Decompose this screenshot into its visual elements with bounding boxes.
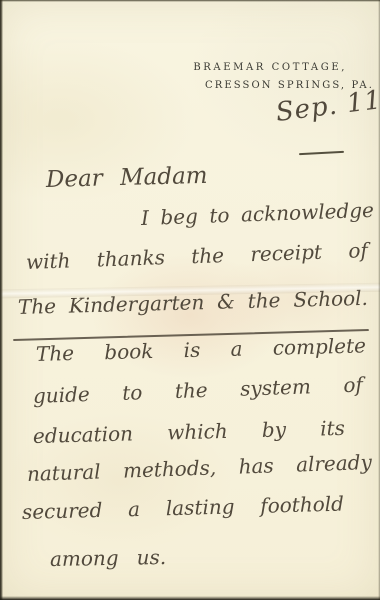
- letter-line-6: educationwhichbyits: [33, 416, 346, 448]
- letter-word: acknowledge: [241, 198, 375, 227]
- letter-line-1: Ibegtoacknowledge: [141, 198, 375, 230]
- letter-line-7: naturalmethods,hasalready: [27, 450, 373, 486]
- letter-word: Kindergarten: [69, 290, 205, 318]
- letter-word: The: [36, 341, 75, 366]
- letter-word: lasting: [165, 494, 234, 520]
- date-underline-stroke: [299, 151, 344, 155]
- salutation: Dear Madam: [46, 163, 208, 193]
- letter-word: system: [240, 374, 311, 400]
- letter-line-8: securedalastingfoothold: [22, 492, 345, 524]
- letter-word: of: [343, 372, 363, 397]
- letter-word: beg: [160, 204, 198, 229]
- letter-word: The: [18, 294, 57, 319]
- photo-edge-left: [0, 0, 3, 600]
- letter-word: us.: [136, 545, 166, 570]
- letter-word: its: [320, 416, 345, 441]
- letter-word: is: [183, 338, 200, 362]
- letter-word: to: [122, 380, 143, 405]
- letter-word: receipt: [250, 240, 322, 266]
- letter-word: already: [296, 450, 373, 477]
- letter-word: among: [50, 546, 119, 571]
- letter-word: of: [348, 238, 368, 263]
- letter-word: thanks: [96, 245, 165, 271]
- letter-word: School.: [293, 286, 368, 312]
- letter-word: methods,: [123, 455, 217, 482]
- letter-word: has: [238, 453, 274, 478]
- letter-word: the: [174, 378, 208, 403]
- letter-line-5: guidetothesystemof: [33, 372, 364, 408]
- letterhead-cottage-name: BRAEMAR COTTAGE,: [193, 62, 347, 73]
- letter-word: which: [167, 419, 228, 445]
- letter-word: secured: [22, 498, 103, 524]
- letter-word: a: [230, 337, 243, 361]
- letter-scan-page: BRAEMAR COTTAGE, CRESSON SPRINGS, PA. Se…: [0, 0, 380, 600]
- photo-edge-bottom: [0, 596, 380, 600]
- letter-word: to: [209, 203, 230, 228]
- letter-word: with: [26, 248, 71, 274]
- letter-line-9: amongus.: [50, 545, 167, 571]
- letter-word: the: [191, 243, 225, 268]
- letter-line-2: withthanksthereceiptof: [26, 238, 369, 274]
- letter-word: guide: [33, 382, 91, 408]
- letter-word: natural: [27, 459, 101, 486]
- letter-word: complete: [272, 333, 366, 359]
- letter-word: book: [104, 339, 154, 364]
- letter-word: the: [247, 288, 280, 313]
- letter-word: education: [33, 421, 134, 448]
- photo-edge-top: [0, 0, 380, 2]
- letter-word: foothold: [260, 492, 344, 518]
- letter-word: &: [217, 289, 235, 313]
- letter-word: a: [128, 497, 141, 521]
- letter-word: by: [262, 417, 287, 442]
- letter-word: I: [141, 206, 150, 230]
